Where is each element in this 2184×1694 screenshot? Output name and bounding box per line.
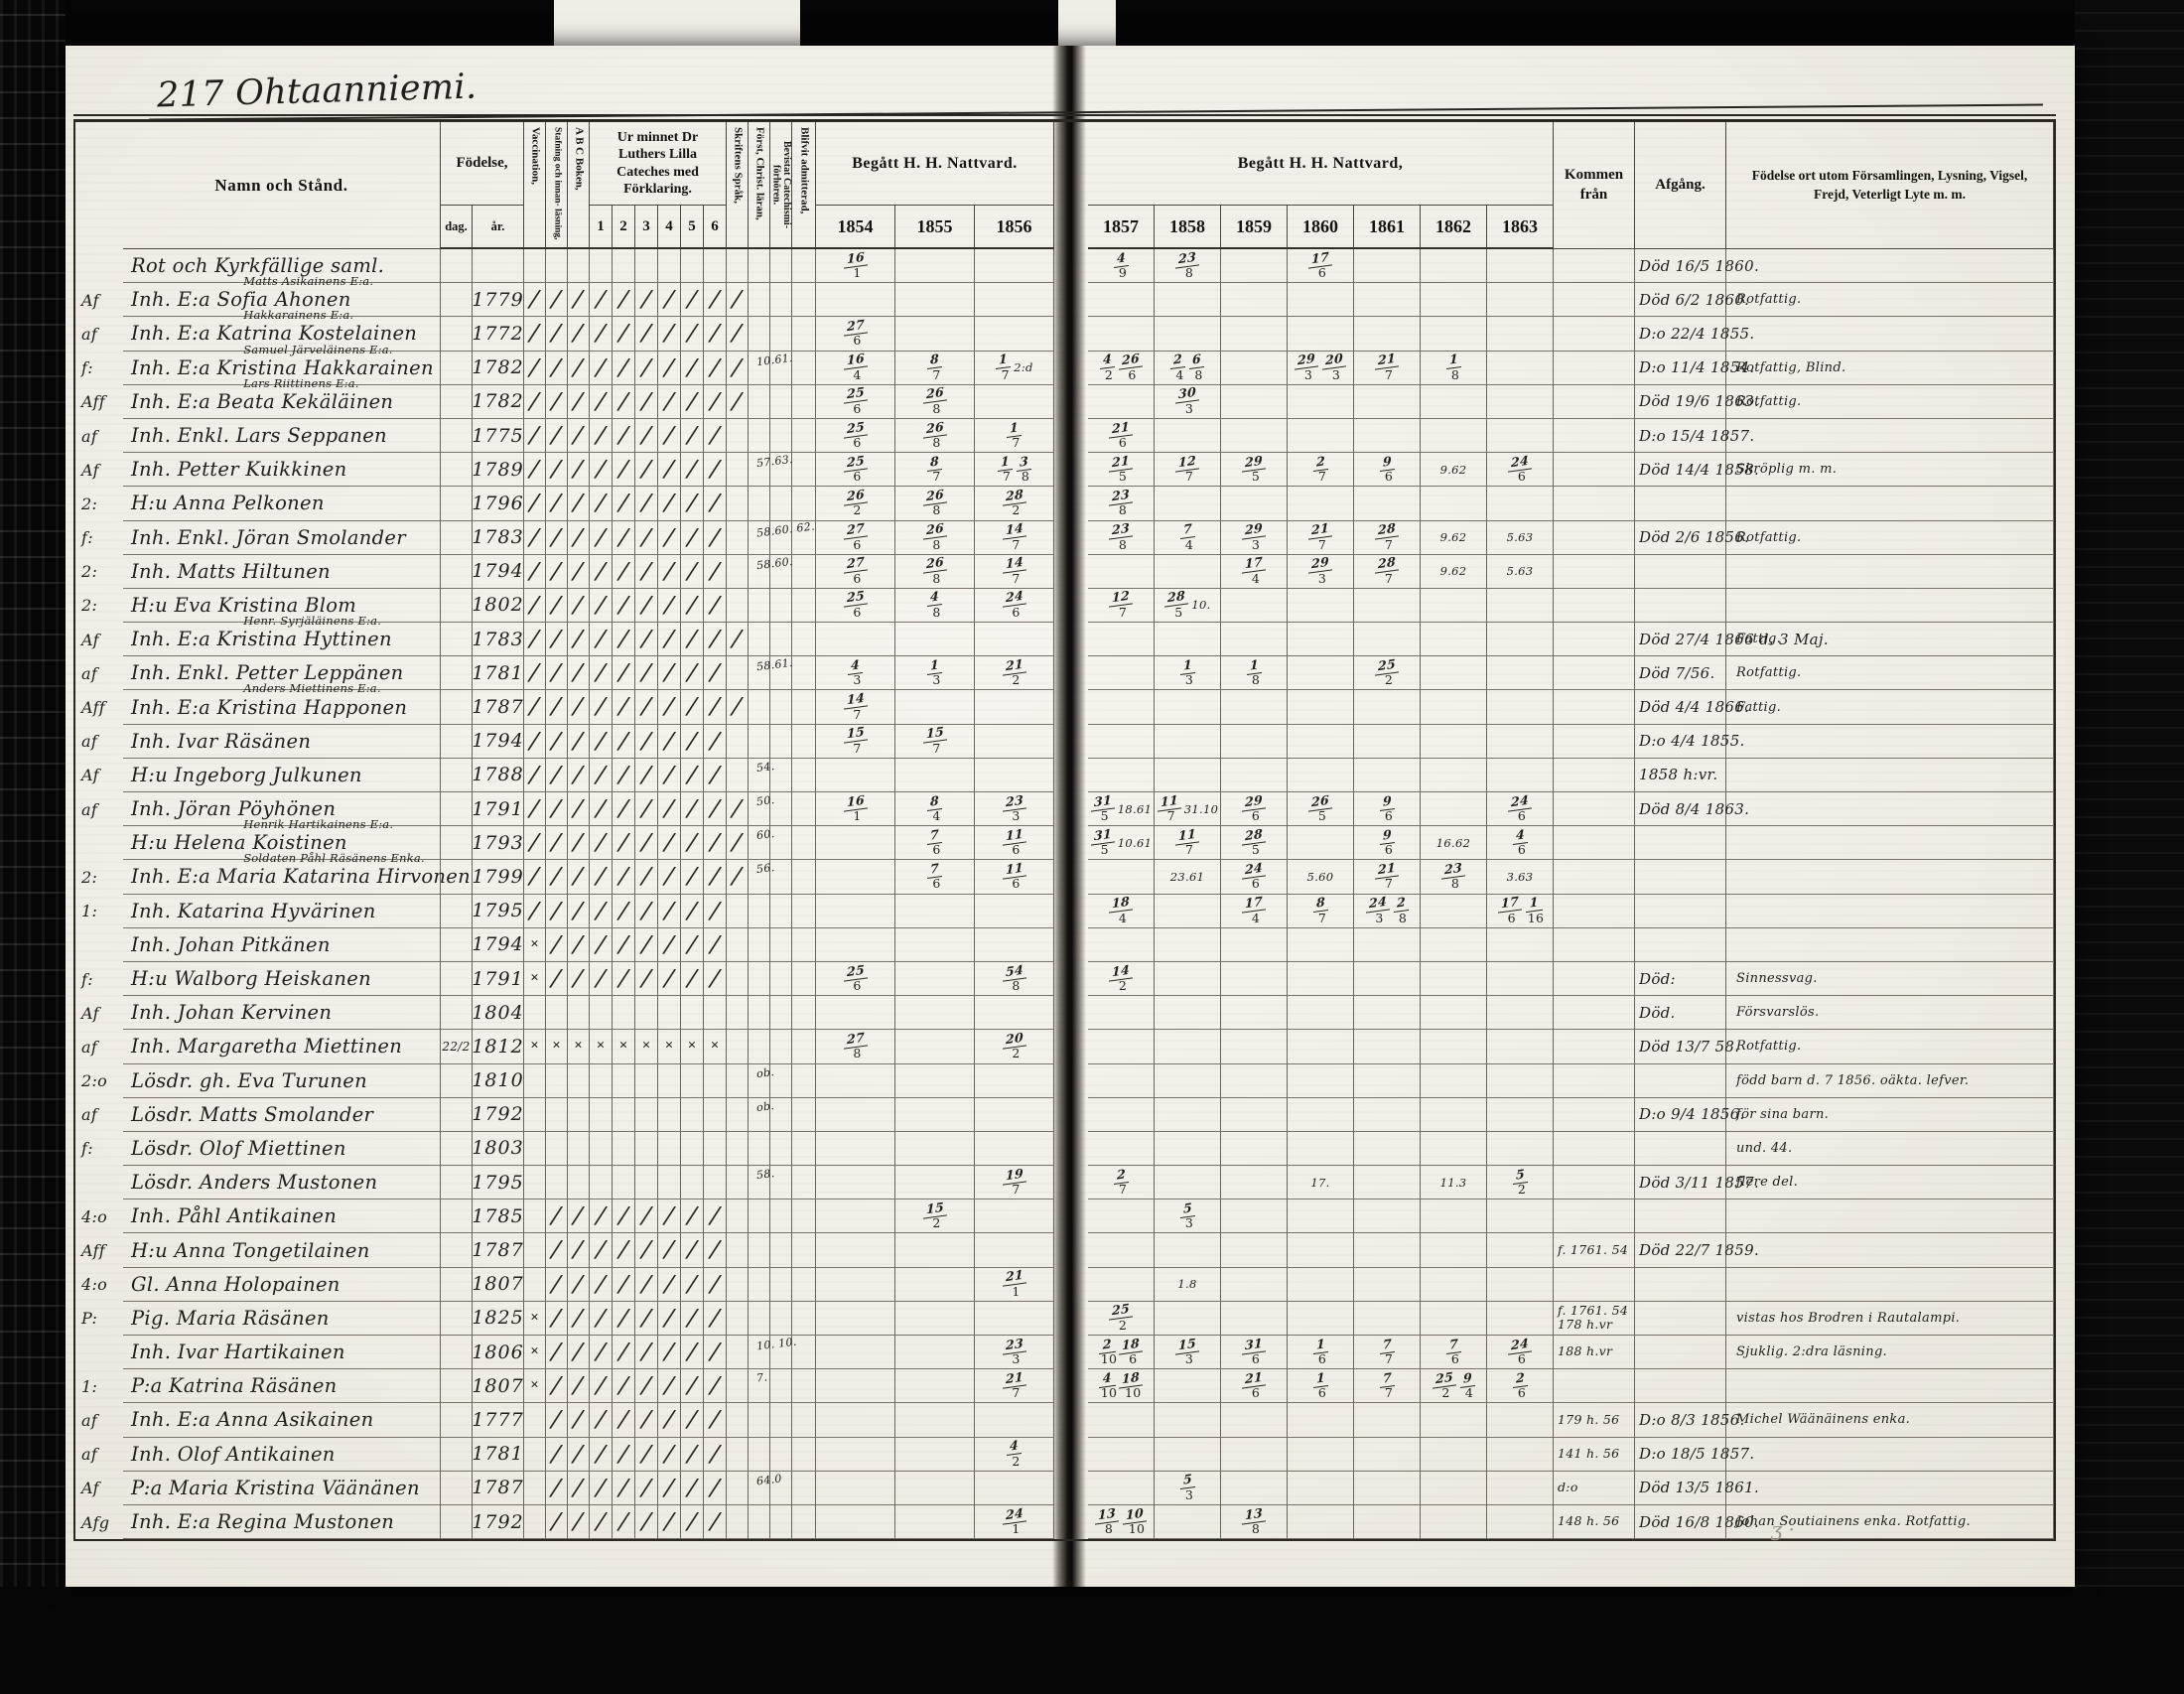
person-name: Lösdr. Anders Mustonen: [123, 1166, 441, 1200]
communion-cell-1854: [816, 1064, 895, 1098]
reading-mark-cell: ∕: [546, 521, 568, 555]
communion-date: 127: [1109, 591, 1133, 619]
binding-gutter-cell: [1054, 1166, 1088, 1200]
check-mark: ∕: [596, 324, 606, 344]
check-mark: ∕: [596, 1240, 606, 1260]
binding-gutter-cell: [1054, 1064, 1088, 1098]
reading-mark-cell: ∕: [546, 589, 568, 623]
reading-mark-cell: [792, 1403, 816, 1437]
come-from-entry: 188 h.vr: [1554, 1336, 1635, 1369]
check-mark: ∕: [641, 833, 651, 853]
communion-cell-1862: [1421, 249, 1487, 283]
person-name: Inh. E:a Anna Asikainen: [123, 1403, 441, 1437]
person-name: Lösdr. Matts Smolander: [123, 1098, 441, 1132]
col-header-vaccination: Vaccination,: [524, 122, 546, 249]
check-mark: ∕: [710, 460, 720, 480]
reading-mark-cell: ∕: [590, 589, 613, 623]
communion-cell-1861: 77: [1354, 1369, 1421, 1403]
person-name: Inh. Enkl. Jöran Smolander: [123, 521, 441, 555]
birth-day: [441, 895, 473, 928]
person-name-text: Inh. Enkl. Lars Seppanen: [131, 424, 387, 447]
check-mark: ∕: [732, 867, 742, 887]
reading-mark-cell: 54.: [770, 759, 792, 792]
communion-cell-1860: [1288, 1505, 1354, 1539]
check-mark: ∕: [551, 561, 561, 581]
check-mark: ∕: [618, 324, 628, 344]
check-mark: ∕: [710, 1342, 720, 1362]
reading-mark-cell: ∕: [635, 860, 658, 894]
notes-entry: [1726, 317, 2054, 351]
communion-cell-1854: [816, 1438, 895, 1472]
reading-mark-cell: 57.63.: [770, 453, 792, 487]
communion-cell-1862: [1421, 792, 1487, 826]
communion-cell-1859: [1221, 1268, 1288, 1302]
birth-year: 1794: [473, 555, 524, 589]
check-mark: ∕: [664, 1274, 674, 1294]
check-mark: ∕: [664, 1512, 674, 1532]
reading-mark-cell: ∕: [546, 1505, 568, 1539]
reading-mark-cell: ∕: [590, 690, 613, 724]
reading-mark-cell: [635, 1064, 658, 1098]
reading-mark-cell: [749, 487, 770, 520]
reading-mark-cell: ∕: [613, 623, 635, 656]
reading-mark-cell: [727, 1233, 749, 1267]
communion-date: 49: [1114, 252, 1129, 280]
margin-note: f:: [75, 352, 123, 385]
reading-mark-cell: ×: [546, 1030, 568, 1063]
check-mark: ∕: [551, 357, 561, 377]
come-from-entry: [1554, 962, 1635, 996]
check-mark: ∕: [618, 1512, 628, 1532]
binding-gutter-cell: [1054, 895, 1088, 928]
departure-entry: [1635, 589, 1726, 623]
reading-mark-cell: 50.: [770, 792, 792, 826]
reading-mark-cell: ∕: [590, 453, 613, 487]
reading-mark-cell: [568, 996, 590, 1030]
check-mark: ∕: [529, 596, 539, 616]
reading-mark-cell: [727, 589, 749, 623]
reading-mark-cell: ∕: [635, 1336, 658, 1369]
birth-day: [441, 352, 473, 385]
communion-date: 117: [1158, 795, 1181, 823]
notes-entry: [1726, 1268, 2054, 1302]
communion-date: 96: [1380, 795, 1395, 823]
check-mark: ∕: [618, 391, 628, 411]
binding-gutter-cell: [1054, 928, 1088, 962]
reading-mark-cell: ∕: [727, 690, 749, 724]
page-number-and-parish-title: 217 Ohtaanniemi.: [157, 68, 478, 116]
reading-mark-cell: ∕: [546, 725, 568, 759]
reading-mark-cell: ∕: [568, 690, 590, 724]
reading-mark-cell: ∕: [613, 352, 635, 385]
communion-cell-1860: [1288, 1200, 1354, 1233]
communion-date: 42: [1007, 1440, 1022, 1468]
communion-cell-1859: [1221, 1403, 1288, 1437]
reading-mark-cell: [613, 1132, 635, 1166]
reading-mark-cell: ∕: [568, 1233, 590, 1267]
check-mark: ∕: [687, 1512, 697, 1532]
check-mark: ∕: [596, 1308, 606, 1328]
reading-mark-cell: [749, 962, 770, 996]
binding-gutter-cell: [1054, 1336, 1088, 1369]
birth-day: [441, 690, 473, 724]
communion-cell-1861: [1354, 1030, 1421, 1063]
communion-date: 18: [1446, 353, 1461, 381]
binding-gutter-cell: [1054, 1438, 1088, 1472]
person-name-text: Inh. Olof Antikainen: [131, 1443, 336, 1466]
reading-mark-cell: [792, 1438, 816, 1472]
check-mark: ∕: [664, 731, 674, 751]
col-header-catechism-6: 6: [704, 206, 727, 249]
communion-cell-1854: 256: [816, 589, 895, 623]
check-mark: ∕: [596, 731, 606, 751]
communion-date: 282: [1003, 490, 1026, 517]
check-mark: ∕: [641, 1478, 651, 1497]
communion-cell-1857: [1088, 1403, 1155, 1437]
notes-entry: Sjuklig. 2:dra läsning.: [1726, 1336, 2054, 1369]
reading-mark-cell: ∕: [524, 826, 546, 860]
communion-cell-1855: [895, 1030, 975, 1063]
check-mark: ∕: [710, 969, 720, 989]
check-mark: ∕: [710, 357, 720, 377]
check-mark: ∕: [618, 357, 628, 377]
check-mark: ∕: [573, 1240, 583, 1260]
communion-date: 215: [1109, 456, 1133, 484]
communion-date: 268: [923, 422, 947, 450]
x-mark: ×: [530, 1310, 539, 1327]
communion-cell-1854: [816, 1505, 895, 1539]
person-name-text: Inh. E:a Kristina Hyttinen: [131, 628, 392, 650]
come-from-entry: [1554, 1268, 1635, 1302]
communion-cell-1855: [895, 759, 975, 792]
check-mark: ∕: [687, 1240, 697, 1260]
communion-date: 210: [1099, 1339, 1116, 1366]
reading-mark-cell: ×: [524, 1302, 546, 1336]
communion-cell-1858: [1155, 623, 1221, 656]
person-name-text: H:u Walborg Heiskanen: [131, 967, 371, 990]
reading-mark-cell: [635, 249, 658, 283]
reading-mark-cell: [770, 725, 792, 759]
reading-mark-cell: ∕: [590, 1302, 613, 1336]
communion-note: 11.3: [1440, 1176, 1467, 1190]
reading-mark-cell: [792, 283, 816, 317]
communion-date: 1010: [1123, 1508, 1147, 1536]
check-mark: ∕: [664, 1308, 674, 1328]
margin-note: f:: [75, 962, 123, 996]
margin-note: 2:: [75, 860, 123, 894]
communion-cell-1857: 27: [1088, 1166, 1155, 1200]
check-mark: ∕: [687, 969, 697, 989]
communion-date: 53: [1180, 1474, 1195, 1501]
binding-gutter-cell: [1054, 1030, 1088, 1063]
communion-cell-1854: [816, 1369, 895, 1403]
reading-mark-cell: [770, 249, 792, 283]
communion-cell-1862: [1421, 1098, 1487, 1132]
communion-cell-1855: [895, 1336, 975, 1369]
communion-date: 138: [1095, 1508, 1119, 1536]
reading-mark-cell: [792, 555, 816, 589]
reading-mark-cell: ∕: [546, 1302, 568, 1336]
person-name: Lösdr. gh. Eva Turunen: [123, 1064, 441, 1098]
interlinear-note: Soldaten Påhl Räsänens Enka.: [243, 851, 425, 865]
communion-cell-1855: [895, 1098, 975, 1132]
check-mark: ∕: [573, 1308, 583, 1328]
reading-mark-cell: ∕: [524, 352, 546, 385]
reading-mark-cell: [524, 1132, 546, 1166]
check-mark: ∕: [596, 1274, 606, 1294]
communion-date: 87: [927, 353, 942, 381]
notes-entry: [1726, 928, 2054, 962]
person-name: Inh. Ivar Räsänen: [123, 725, 441, 759]
communion-cell-1862: [1421, 1472, 1487, 1505]
communion-cell-1861: 287: [1354, 555, 1421, 589]
communion-cell-1858: [1155, 1064, 1221, 1098]
communion-cell-1857: [1088, 555, 1155, 589]
communion-date: 246: [1003, 591, 1026, 619]
check-mark: ∕: [551, 460, 561, 480]
communion-date: 176: [1498, 897, 1522, 924]
reading-mark-cell: ∕: [704, 352, 727, 385]
check-mark: ∕: [687, 867, 697, 887]
person-name-text: H:u Anna Pelkonen: [131, 492, 325, 514]
communion-cell-1861: 217: [1354, 352, 1421, 385]
margin-note: af: [75, 725, 123, 759]
come-from-entry: f. 1761. 54: [1554, 1233, 1635, 1267]
check-mark: ∕: [641, 867, 651, 887]
check-mark: ∕: [529, 391, 539, 411]
check-mark: ∕: [664, 630, 674, 649]
reading-mark-cell: [704, 1098, 727, 1132]
margin-note: af: [75, 419, 123, 453]
reading-mark-cell: [770, 962, 792, 996]
communion-date: 77: [1380, 1339, 1395, 1366]
reading-mark-cell: ∕: [568, 860, 590, 894]
col-header-year-1859: 1859: [1221, 206, 1288, 249]
reading-mark-cell: ∕: [658, 792, 681, 826]
departure-entry: [1635, 826, 1726, 860]
reading-mark-cell: ∕: [681, 1505, 704, 1539]
communion-date: 246: [1508, 456, 1532, 484]
communion-date: 161: [844, 795, 868, 823]
reading-mark-cell: ∕: [590, 1438, 613, 1472]
communion-date: 246: [1508, 795, 1532, 823]
communion-cell-1859: [1221, 1472, 1288, 1505]
communion-cell-1857: [1088, 928, 1155, 962]
birth-year: 1772: [473, 317, 524, 351]
x-mark: ×: [574, 1038, 583, 1055]
check-mark: ∕: [664, 1444, 674, 1464]
notes-entry: [1726, 487, 2054, 520]
check-mark: ∕: [551, 1308, 561, 1328]
check-mark: ∕: [573, 630, 583, 649]
communion-cell-1862: [1421, 1064, 1487, 1098]
communion-cell-1854: [816, 1268, 895, 1302]
communion-cell-1854: 278: [816, 1030, 895, 1063]
communion-cell-1861: [1354, 1098, 1421, 1132]
reading-mark-cell: ∕: [704, 1200, 727, 1233]
reading-mark-cell: ∕: [568, 352, 590, 385]
reading-mark-cell: ∕: [658, 895, 681, 928]
communion-cell-1856: [975, 1132, 1054, 1166]
check-mark: ∕: [687, 1308, 697, 1328]
notes-entry: und. 44.: [1726, 1132, 2054, 1166]
person-name-text: Inh. Johan Pitkänen: [131, 933, 331, 956]
communion-date: 186: [1119, 1339, 1143, 1366]
reading-mark-cell: ∕: [635, 725, 658, 759]
check-mark: ∕: [732, 324, 742, 344]
check-mark: ∕: [641, 697, 651, 717]
person-name-text: Pig. Maria Räsänen: [131, 1307, 330, 1330]
notes-entry: Fattig.: [1726, 690, 2054, 724]
communion-cell-1854: 262: [816, 487, 895, 520]
communion-cell-1857: 238: [1088, 487, 1155, 520]
check-mark: ∕: [641, 357, 651, 377]
check-mark: ∕: [687, 561, 697, 581]
margin-note: Af: [75, 283, 123, 317]
reading-mark-cell: ∕: [524, 860, 546, 894]
communion-cell-1860: [1288, 928, 1354, 962]
check-mark: ∕: [551, 1478, 561, 1497]
check-mark: ∕: [573, 1342, 583, 1362]
check-mark: ∕: [641, 460, 651, 480]
check-mark: ∕: [618, 426, 628, 446]
person-name-text: Inh. Påhl Antikainen: [131, 1204, 337, 1227]
reading-mark-cell: [727, 453, 749, 487]
communion-cell-1863: [1487, 1302, 1554, 1336]
col-header-birth-day: dag.: [441, 206, 473, 249]
reading-mark-cell: ∕: [727, 352, 749, 385]
communion-cell-1856: [975, 928, 1054, 962]
communion-date: 48: [927, 591, 942, 619]
communion-cell-1861: [1354, 1302, 1421, 1336]
check-mark: ∕: [573, 494, 583, 513]
reading-mark-cell: ∕: [524, 453, 546, 487]
reading-mark-cell: ∕: [635, 1505, 658, 1539]
communion-cell-1855: [895, 962, 975, 996]
reading-mark-cell: ∕: [546, 895, 568, 928]
departure-entry: Död 13/7 58.: [1635, 1030, 1726, 1063]
reading-mark-cell: ∕: [658, 690, 681, 724]
departure-entry: Död.: [1635, 996, 1726, 1030]
birth-day: [441, 487, 473, 520]
reading-mark-cell: ∕: [704, 623, 727, 656]
reading-mark-cell: [770, 385, 792, 419]
communion-cell-1859: [1221, 419, 1288, 453]
reading-mark-cell: ∕: [704, 928, 727, 962]
reading-mark-cell: ∕: [681, 589, 704, 623]
notes-entry: [1726, 1233, 2054, 1267]
reading-mark-cell: ∕: [704, 1472, 727, 1505]
communion-cell-1859: 216: [1221, 1369, 1288, 1403]
reading-mark-cell: ×: [524, 1369, 546, 1403]
person-name-text: Inh. Johan Kervinen: [131, 1001, 332, 1024]
person-name: Inh. Ivar Hartikainen: [123, 1336, 441, 1369]
x-mark: ×: [711, 1038, 720, 1055]
reading-mark-cell: ∕: [613, 1268, 635, 1302]
reading-mark-cell: ∕: [590, 555, 613, 589]
check-mark: ∕: [596, 1512, 606, 1532]
interlinear-note: Henrik Hartikainens E:a.: [243, 817, 393, 831]
communion-cell-1863: [1487, 1200, 1554, 1233]
communion-cell-1859: [1221, 1302, 1288, 1336]
reading-mark-cell: ∕: [635, 895, 658, 928]
check-mark: ∕: [551, 731, 561, 751]
notes-entry: flere del.: [1726, 1166, 2054, 1200]
departure-entry: [1635, 1302, 1726, 1336]
communion-date: 116: [1526, 897, 1543, 924]
reading-mark-cell: ∕: [658, 1302, 681, 1336]
check-mark: ∕: [710, 799, 720, 819]
communion-cell-1862: [1421, 589, 1487, 623]
margin-note: [75, 1166, 123, 1200]
communion-date: 153: [1175, 1339, 1199, 1366]
reading-mark-cell: [749, 895, 770, 928]
check-mark: ∕: [687, 596, 697, 616]
communion-date: 68: [1189, 353, 1204, 381]
reading-mark-cell: ∕: [635, 1438, 658, 1472]
reading-mark-cell: ∕: [590, 419, 613, 453]
communion-date: 217: [1003, 1372, 1026, 1400]
binding-gutter-cell: [1054, 1233, 1088, 1267]
communion-date: 127: [1175, 456, 1199, 484]
reading-mark-cell: [681, 1098, 704, 1132]
check-mark: ∕: [664, 561, 674, 581]
reading-mark-cell: ∕: [635, 962, 658, 996]
x-mark: ×: [530, 936, 539, 953]
communion-cell-1857: [1088, 1438, 1155, 1472]
communion-cell-1859: [1221, 385, 1288, 419]
person-name: H:u Walborg Heiskanen: [123, 962, 441, 996]
communion-cell-1861: [1354, 725, 1421, 759]
margin-note: Aff: [75, 1233, 123, 1267]
check-mark: ∕: [529, 799, 539, 819]
communion-date: 238: [1175, 252, 1199, 280]
birth-year: 1782: [473, 352, 524, 385]
margin-note: af: [75, 1030, 123, 1063]
communion-cell-1863: [1487, 656, 1554, 690]
reading-mark-cell: ∕: [658, 1200, 681, 1233]
birth-day: [441, 996, 473, 1030]
col-header-year-1863: 1863: [1487, 206, 1554, 249]
birth-day: [441, 1302, 473, 1336]
communion-cell-1856: 1738: [975, 453, 1054, 487]
check-mark: ∕: [573, 527, 583, 547]
communion-date: 256: [844, 456, 868, 484]
birth-day: [441, 1369, 473, 1403]
communion-cell-1859: 295: [1221, 453, 1288, 487]
communion-cell-1860: [1288, 385, 1354, 419]
reading-mark-cell: ∕: [613, 487, 635, 520]
reading-mark-cell: ∕: [635, 1233, 658, 1267]
check-mark: ∕: [641, 324, 651, 344]
reading-mark-cell: ∕: [524, 792, 546, 826]
exam-year-note: ob.: [755, 1064, 775, 1079]
notes-entry: [1726, 589, 2054, 623]
communion-date: 268: [923, 523, 947, 551]
reading-mark-cell: ∕: [568, 1403, 590, 1437]
reading-mark-cell: 10.61.: [770, 352, 792, 385]
reading-mark-cell: [770, 1403, 792, 1437]
communion-cell-1859: [1221, 759, 1288, 792]
communion-note: 18.61: [1118, 802, 1152, 816]
departure-entry: D:o 4/4 1855.: [1635, 725, 1726, 759]
check-mark: ∕: [529, 426, 539, 446]
notes-entry: Försvarslös.: [1726, 996, 2054, 1030]
reading-mark-cell: [792, 792, 816, 826]
communion-date: 17: [996, 353, 1011, 381]
check-mark: ∕: [596, 1376, 606, 1396]
check-mark: ∕: [596, 426, 606, 446]
